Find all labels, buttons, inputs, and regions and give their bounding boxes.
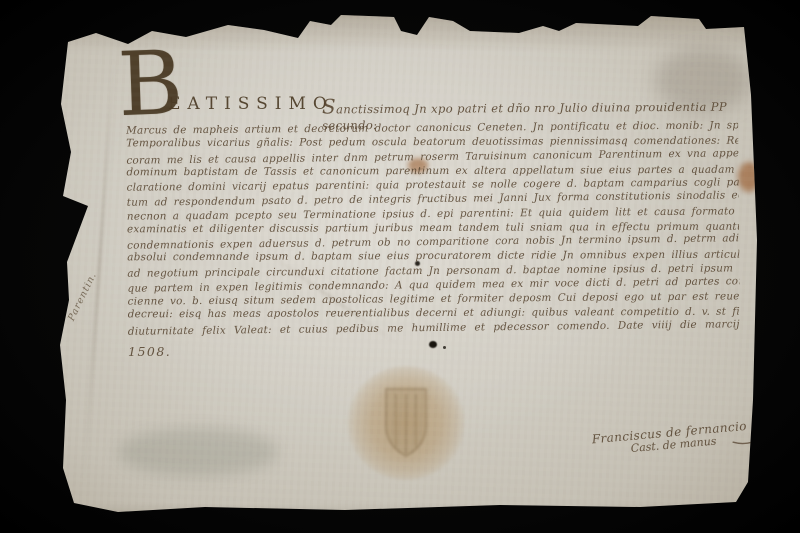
body-line: condemnationis expen aduersus d. petrum … bbox=[127, 231, 739, 253]
parchment-sheet: B EATISSIMO Sanctissimoq Jn xpo patri et… bbox=[0, 0, 800, 533]
seal-shield-icon bbox=[381, 384, 431, 462]
body-line: necnon a quadam pcepto seu Terminatione … bbox=[127, 204, 739, 224]
initial-capital-B: B bbox=[116, 39, 184, 129]
fold-crease bbox=[83, 55, 115, 484]
ink-blot bbox=[429, 341, 437, 348]
date-1508: 1508. bbox=[128, 344, 171, 359]
body-line: claratione domini vicarij epatus parenti… bbox=[127, 175, 739, 195]
wax-seal-imprint bbox=[347, 366, 465, 480]
signature-flourish-icon bbox=[729, 417, 791, 448]
body-line: diuturnitate felix Valeat: et cuius pedi… bbox=[128, 317, 740, 339]
dirt-stain bbox=[655, 48, 750, 113]
body-line: examinatis et diligenter discussis parti… bbox=[127, 219, 739, 236]
body-line: absolui condemnande ipsum d. baptam siue… bbox=[127, 248, 739, 265]
manuscript-body: Marcus de mapheis artium et decretorum d… bbox=[126, 118, 740, 337]
body-line: ad negotium principale circunduxi citati… bbox=[127, 261, 739, 281]
body-line: Marcus de mapheis artium et decretorum d… bbox=[126, 118, 738, 138]
heading-caps: EATISSIMO bbox=[168, 94, 334, 114]
body-line: tum ad respondendum psato d. petro de in… bbox=[127, 189, 739, 211]
photograph-background: B EATISSIMO Sanctissimoq Jn xpo patri et… bbox=[0, 0, 800, 533]
body-line: decreui: eisq has meas apostolos reueren… bbox=[128, 305, 740, 322]
notary-signature: Franciscus de fernancio nots. Cast. de m… bbox=[591, 416, 784, 459]
ink-smudge bbox=[118, 428, 278, 476]
rust-stain bbox=[738, 162, 760, 192]
body-line: Temporalibus vicarius gñalis: Post pedum… bbox=[126, 134, 738, 151]
body-line: dominum baptistam de Tassis et canonicum… bbox=[126, 162, 738, 179]
rust-stain bbox=[408, 158, 428, 173]
fold-crease bbox=[263, 249, 399, 345]
signature-line: Franciscus de fernancio nots. bbox=[591, 416, 783, 447]
body-line: cienne vo. b. eiusq situm sedem apostoli… bbox=[128, 289, 740, 309]
body-line: coram me lis et causa appellis inter dnm… bbox=[126, 146, 738, 168]
signature-line: Cast. de manus bbox=[630, 429, 784, 455]
margin-archival-note: Parentin. bbox=[66, 270, 99, 322]
ink-blot bbox=[443, 346, 446, 349]
body-line: que partem in expen legitimis condemnand… bbox=[127, 274, 739, 296]
ink-blot bbox=[415, 261, 420, 266]
heading-text: Sanctissimoq Jn xpo patri et dño nro Jul… bbox=[322, 92, 738, 133]
